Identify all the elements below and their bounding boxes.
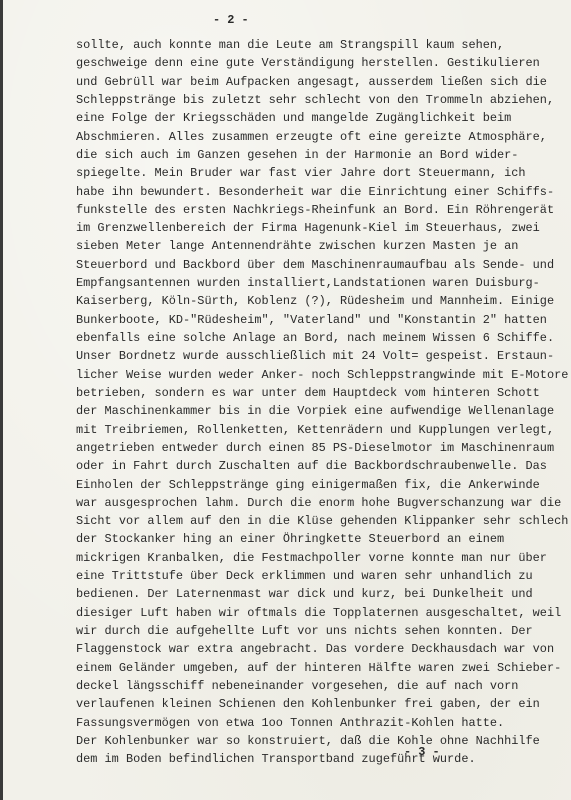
text-line: licher Weise wurden weder Anker- noch Sc… (76, 366, 568, 384)
text-line: der Stockanker hing an einer Öhringkette… (76, 530, 568, 548)
text-line: angetrieben entweder durch einen 85 PS-D… (76, 439, 568, 457)
text-line: Flaggenstock war extra angebracht. Das v… (76, 640, 568, 658)
text-line: Der Kohlenbunker war so konstruiert, daß… (76, 732, 568, 750)
text-line: Fassungsvermögen von etwa 1oo Tonnen Ant… (76, 714, 568, 732)
text-line: im Grenzwellenbereich der Firma Hagenunk… (76, 219, 568, 237)
text-line: dem im Boden befindlichen Transportband … (76, 750, 568, 768)
text-line: die sich auch im Ganzen gesehen in der H… (76, 146, 568, 164)
page-number-top: - 2 - (213, 12, 249, 28)
text-line: Bunkerboote, KD-"Rüdesheim", "Vaterland"… (76, 311, 568, 329)
text-line: einem Geländer umgeben, auf der hinteren… (76, 659, 568, 677)
text-line: funkstelle des ersten Nachkriegs-Rheinfu… (76, 201, 568, 219)
text-line: oder in Fahrt durch Zuschalten auf die B… (76, 457, 568, 475)
text-line: Abschmieren. Alles zusammen erzeugte oft… (76, 128, 568, 146)
text-line: spiegelte. Mein Bruder war fast vier Jah… (76, 164, 568, 182)
text-line: sollte, auch konnte man die Leute am Str… (76, 36, 568, 54)
text-line: diesiger Luft haben wir oftmals die Topp… (76, 604, 568, 622)
text-line: Steuerbord und Backbord über dem Maschin… (76, 256, 568, 274)
document-page: - 2 - sollte, auch konnte man die Leute … (0, 0, 571, 800)
text-line: deckel längsschiff nebeneinander vorgese… (76, 677, 568, 695)
text-line: war ausgesprochen lahm. Durch die enorm … (76, 494, 568, 512)
text-line: Sicht vor allem auf den in die Klüse geh… (76, 512, 568, 530)
text-line: verlaufenen kleinen Schienen den Kohlenb… (76, 695, 568, 713)
text-line: sieben Meter lange Antennendrähte zwisch… (76, 237, 568, 255)
text-line: eine Folge der Kriegsschäden und mangeld… (76, 109, 568, 127)
text-line: und Gebrüll war beim Aufpacken angesagt,… (76, 73, 568, 91)
text-line: Kaiserberg, Köln-Sürth, Koblenz (?), Rüd… (76, 292, 568, 310)
body-text: sollte, auch konnte man die Leute am Str… (76, 36, 568, 769)
text-line: Einholen der Schleppstränge ging einiger… (76, 476, 568, 494)
text-line: betrieben, sondern es war unter dem Haup… (76, 384, 568, 402)
text-line: mit Treibriemen, Rollenketten, Kettenräd… (76, 421, 568, 439)
text-line: geschweige denn eine gute Verständigung … (76, 54, 568, 72)
text-line: Unser Bordnetz wurde ausschließlich mit … (76, 347, 568, 365)
page-edge-shadow (0, 0, 3, 800)
page-number-bottom: - 3 - (404, 744, 440, 760)
text-line: ebenfalls eine solche Anlage an Bord, na… (76, 329, 568, 347)
text-line: mickrigen Kranbalken, die Festmachpoller… (76, 549, 568, 567)
text-line: eine Trittstufe über Deck erklimmen und … (76, 567, 568, 585)
text-line: Schleppstränge bis zuletzt sehr schlecht… (76, 91, 568, 109)
text-line: Empfangsantennen wurden installiert,Land… (76, 274, 568, 292)
text-line: habe ihn bewundert. Besonderheit war die… (76, 183, 568, 201)
text-line: wir durch die aufgehellte Luft vor uns n… (76, 622, 568, 640)
text-line: der Maschinenkammer bis in die Vorpiek e… (76, 402, 568, 420)
text-line: bedienen. Der Laternenmast war dick und … (76, 585, 568, 603)
